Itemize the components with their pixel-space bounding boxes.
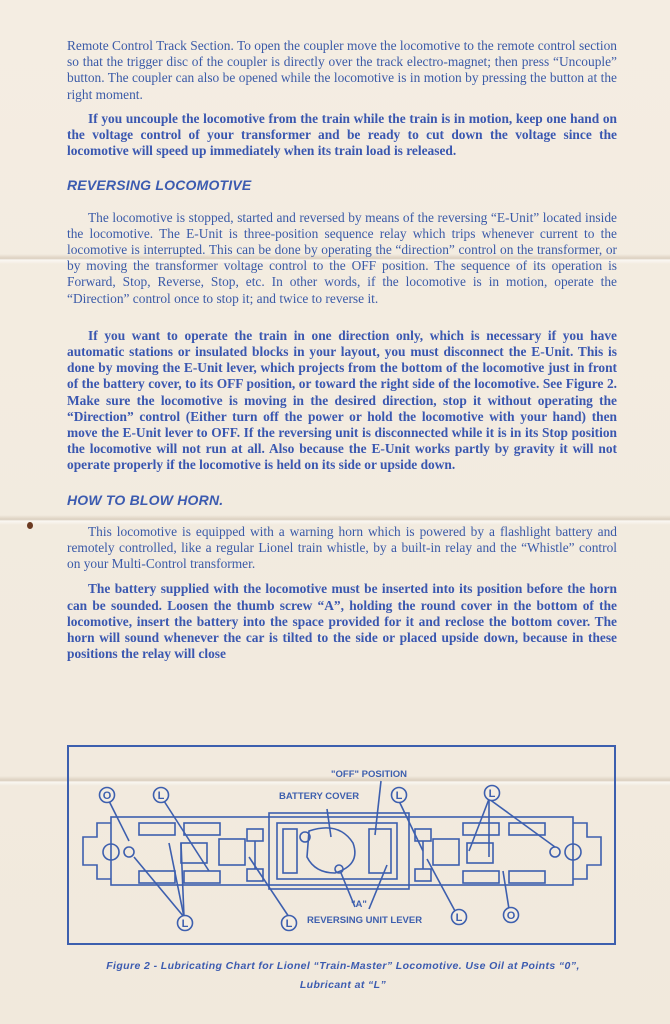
- label-off-position: "OFF" POSITION: [331, 769, 407, 780]
- paragraph-disconnect-e-unit: If you want to operate the train in one …: [67, 328, 617, 474]
- locomotive-diagram: O L L L L L L O "OFF" POSITION BATTERY C…: [69, 747, 618, 947]
- document-body: Remote Control Track Section. To open th…: [67, 38, 617, 672]
- oil-point-marker: O: [100, 788, 115, 803]
- lubricant-point-marker: L: [282, 916, 297, 931]
- svg-text:O: O: [507, 910, 516, 922]
- figure-caption: Figure 2 - Lubricating Chart for Lionel …: [60, 957, 626, 995]
- paragraph-e-unit: The locomotive is stopped, started and r…: [67, 210, 617, 307]
- svg-text:L: L: [182, 918, 189, 930]
- paragraph-uncouple-warning: If you uncouple the locomotive from the …: [67, 111, 617, 160]
- lubricant-point-marker: L: [392, 788, 407, 803]
- svg-text:O: O: [103, 790, 112, 802]
- label-reversing-unit-lever: REVERSING UNIT LEVER: [307, 915, 422, 926]
- paragraph-battery: The battery supplied with the locomotive…: [67, 581, 617, 662]
- caption-line-2: Lubricant at “L”: [60, 976, 626, 995]
- lubricant-point-marker: L: [485, 786, 500, 801]
- heading-reversing-locomotive: REVERSING LOCOMOTIVE: [67, 177, 617, 193]
- paragraph-uncouple: Remote Control Track Section. To open th…: [67, 38, 617, 103]
- label-battery-cover: BATTERY COVER: [279, 791, 359, 802]
- svg-text:L: L: [158, 790, 165, 802]
- lubricant-point-marker: L: [154, 788, 169, 803]
- svg-text:L: L: [456, 912, 463, 924]
- heading-blow-horn: HOW TO BLOW HORN.: [67, 492, 617, 508]
- oil-point-marker: O: [504, 908, 519, 923]
- lubricating-chart-figure: O L L L L L L O "OFF" POSITION BATTERY C…: [67, 745, 616, 945]
- lubricant-point-marker: L: [452, 910, 467, 925]
- svg-text:L: L: [396, 790, 403, 802]
- lubricant-point-marker: L: [178, 916, 193, 931]
- svg-text:L: L: [489, 788, 496, 800]
- caption-line-1: Figure 2 - Lubricating Chart for Lionel …: [60, 957, 626, 976]
- paragraph-horn: This locomotive is equipped with a warni…: [67, 524, 617, 573]
- ink-spot: [27, 522, 33, 529]
- svg-text:L: L: [286, 918, 293, 930]
- label-thumb-screw-a: "A": [351, 899, 367, 910]
